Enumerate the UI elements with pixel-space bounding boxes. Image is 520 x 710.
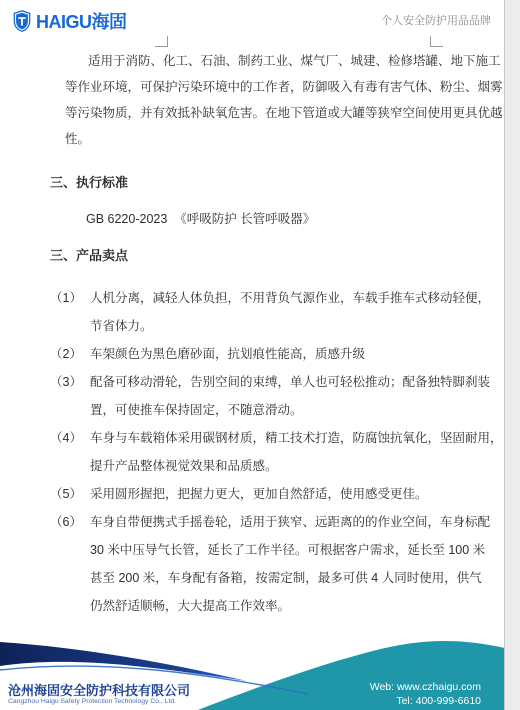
item-line: 车架颜色为黑色磨砂面，抗划痕性能高，质感升级 xyxy=(90,340,365,368)
selling-points-list: （1） 人机分离，减轻人体负担，不用背负气源作业，车载手推车式移动轻便， 节省体… xyxy=(50,284,503,620)
brand-logo-text: HAIGU海固 xyxy=(36,8,127,34)
footer-web-label: Web: xyxy=(370,681,397,693)
footer-company-name-cn: 沧州海固安全防护科技有限公司 xyxy=(8,680,190,699)
item-line: 30 米中压导气长管，延长了工作半径。可根据客户需求，延长至 100 米 xyxy=(90,536,490,564)
item-line: 车身自带便携式手摇卷轮，适用于狭窄、远距离的的作业空间，车身标配 xyxy=(90,508,490,536)
brand-tagline: 个人安全防护用品品牌 xyxy=(381,12,491,28)
list-item: （5） 采用圆形握把，把握力更大，更加自然舒适，使用感受更佳。 xyxy=(50,480,503,508)
footer-tel-label: Tel: xyxy=(396,695,415,707)
footer-company-name-en: Cangzhou Haigu Safety Protection Technol… xyxy=(8,698,176,705)
list-item: （4） 车身与车载箱体采用碳钢材质，精工技术打造，防腐蚀抗氧化，坚固耐用， 提升… xyxy=(50,424,503,480)
item-line: 采用圆形握把，把握力更大，更加自然舒适，使用感受更佳。 xyxy=(90,480,428,508)
brand-logo: HAIGU海固 xyxy=(12,8,127,34)
item-number: （5） xyxy=(50,480,90,508)
footer-web-value: www.czhaigu.com xyxy=(397,681,481,693)
item-number: （6） xyxy=(50,508,90,536)
item-number: （2） xyxy=(50,340,90,368)
item-line: 车身与车载箱体采用碳钢材质，精工技术打造，防腐蚀抗氧化，坚固耐用， xyxy=(90,424,503,452)
section-heading-selling-points: 三、产品卖点 xyxy=(50,245,128,264)
intro-line: 性。 xyxy=(65,126,503,152)
shield-icon xyxy=(12,9,32,33)
list-item: （2） 车架颜色为黑色磨砂面，抗划痕性能高，质感升级 xyxy=(50,340,503,368)
item-line: 人机分离，减轻人体负担，不用背负气源作业，车载手推车式移动轻便， xyxy=(90,284,490,312)
footer-web: Web: www.czhaigu.com xyxy=(370,680,481,694)
intro-line: 适用于消防、化工、石油、制药工业、煤气厂、城建、检修塔罐、地下施工 xyxy=(65,48,503,74)
footer-contact: Web: www.czhaigu.com Tel: 400-999-6610 xyxy=(370,680,481,708)
item-number: （4） xyxy=(50,424,90,452)
item-line: 甚至 200 米，车身配有备箱，按需定制，最多可供 4 人同时使用，供气 xyxy=(90,564,490,592)
intro-line: 等污染物质，并有效抵补缺氧危害。在地下管道或大罐等狭窄空间使用更具优越 xyxy=(65,100,503,126)
intro-paragraph: 适用于消防、化工、石油、制药工业、煤气厂、城建、检修塔罐、地下施工 等作业环境，… xyxy=(65,48,503,152)
item-line: 配备可移动滑轮，告别空间的束缚，单人也可轻松推动；配备独特脚刹装 xyxy=(90,368,490,396)
list-item: （6） 车身自带便携式手摇卷轮，适用于狭窄、远距离的的作业空间，车身标配 30 … xyxy=(50,508,503,620)
footer-tel: Tel: 400-999-6610 xyxy=(370,694,481,708)
document-page: HAIGU海固 个人安全防护用品品牌 适用于消防、化工、石油、制药工业、煤气厂、… xyxy=(0,0,505,710)
item-line: 仍然舒适顺畅，大大提高工作效率。 xyxy=(90,592,490,620)
margin-mark-left xyxy=(155,36,168,47)
footer-tel-value: 400-999-6610 xyxy=(416,695,481,707)
item-number: （1） xyxy=(50,284,90,312)
intro-line: 等作业环境，可保护污染环境中的工作者，防御吸入有毒有害气体、粉尘、烟雾 xyxy=(65,74,503,100)
margin-mark-right xyxy=(430,36,443,47)
standard-reference: GB 6220-2023 《呼吸防护 长管呼吸器》 xyxy=(86,209,315,227)
section-heading-standard: 三、执行标准 xyxy=(50,172,128,191)
item-line: 置，可使推车保持固定，不随意滑动。 xyxy=(90,396,490,424)
item-line: 节省体力。 xyxy=(90,312,490,340)
page-edge-gutter xyxy=(504,0,520,710)
item-line: 提升产品整体视觉效果和品质感。 xyxy=(90,452,503,480)
item-number: （3） xyxy=(50,368,90,396)
list-item: （3） 配备可移动滑轮，告别空间的束缚，单人也可轻松推动；配备独特脚刹装 置，可… xyxy=(50,368,503,424)
list-item: （1） 人机分离，减轻人体负担，不用背负气源作业，车载手推车式移动轻便， 节省体… xyxy=(50,284,503,340)
